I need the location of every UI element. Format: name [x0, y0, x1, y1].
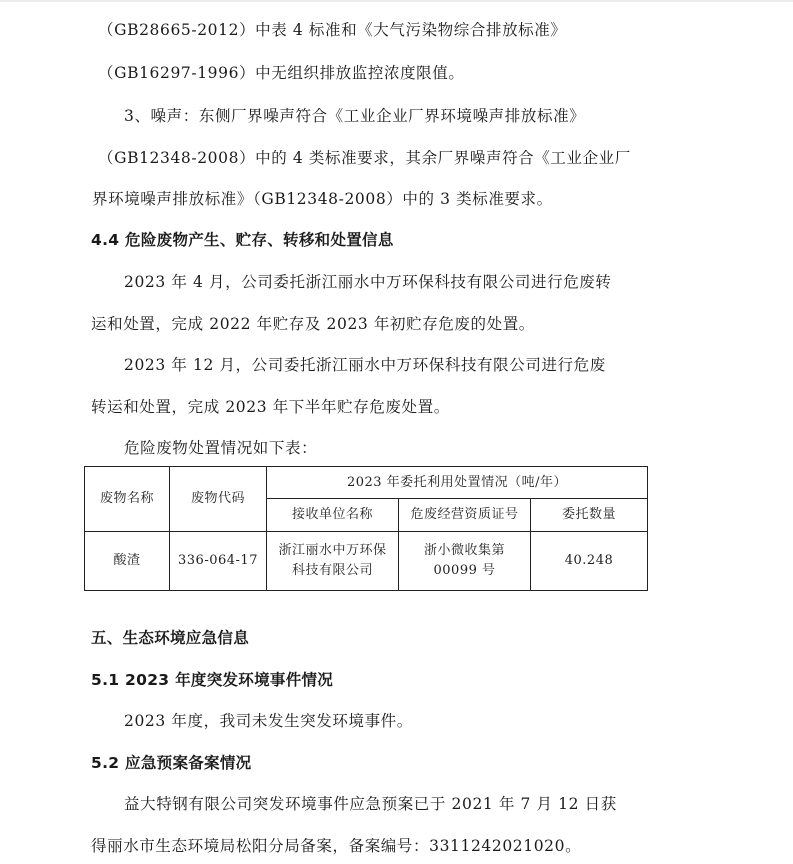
- paragraph-line: 得丽水市生态环境局松阳分局备案，备案编号：3311242021020。: [91, 836, 581, 856]
- cell-license: 浙小微收集第 00099 号: [399, 532, 531, 591]
- paragraph-line: 益大特钢有限公司突发环境事件应急预案已于 2021 年 7 月 12 日获: [124, 794, 617, 814]
- header-waste-name: 废物名称: [85, 467, 170, 532]
- cell-waste-name: 酸渣: [85, 532, 170, 591]
- table-intro: 危险废物处置情况如下表：: [124, 438, 317, 458]
- header-license: 危废经营资质证号: [399, 499, 531, 532]
- header-receiver: 接收单位名称: [267, 499, 399, 532]
- page-top-edge: [0, 0, 793, 2]
- paragraph-line: 2023 年 12 月，公司委托浙江丽水中万环保科技有限公司进行危废: [124, 355, 606, 375]
- cell-receiver: 浙江丽水中万环保 科技有限公司: [267, 532, 399, 591]
- cell-license-line2: 00099 号: [399, 561, 530, 581]
- section-heading-4-4: 4.4 危险废物产生、贮存、转移和处置信息: [91, 230, 394, 250]
- paragraph-line: （GB12348-2008）中的 4 类标准要求，其余厂界噪声符合《工业企业厂: [98, 148, 631, 168]
- paragraph-line: 运和处置，完成 2022 年贮存及 2023 年初贮存危废的处置。: [91, 314, 535, 334]
- header-waste-code: 废物代码: [170, 467, 267, 532]
- paragraph-line: （GB28665-2012）中表 4 标准和《大气污染物综合排放标准》: [98, 20, 566, 40]
- paragraph-line: 界环境噪声排放标准》（GB12348-2008）中的 3 类标准要求。: [92, 189, 553, 209]
- paragraph-line: 2023 年 4 月，公司委托浙江丽水中万环保科技有限公司进行危废转: [124, 272, 612, 292]
- paragraph-line: 3、噪声：东侧厂界噪声符合《工业企业厂界环境噪声排放标准》: [124, 106, 585, 126]
- cell-receiver-line1: 浙江丽水中万环保: [267, 541, 398, 561]
- hazardous-waste-table: 废物名称 废物代码 2023 年委托利用处置情况（吨/年） 接收单位名称 危废经…: [84, 466, 648, 591]
- cell-quantity: 40.248: [531, 532, 648, 591]
- section-heading-5: 五、生态环境应急信息: [91, 628, 249, 648]
- paragraph-line: 2023 年度，我司未发生突发环境事件。: [124, 711, 413, 731]
- table-row: 酸渣 336-064-17 浙江丽水中万环保 科技有限公司 浙小微收集第 000…: [85, 532, 648, 591]
- paragraph-line: 转运和处置，完成 2023 年下半年贮存危废处置。: [91, 397, 450, 417]
- paragraph-line: （GB16297-1996）中无组织排放监控浓度限值。: [98, 63, 464, 83]
- cell-waste-code: 336-064-17: [170, 532, 267, 591]
- cell-receiver-line2: 科技有限公司: [267, 561, 398, 581]
- header-group-disposal: 2023 年委托利用处置情况（吨/年）: [267, 467, 648, 499]
- section-heading-5-2: 5.2 应急预案备案情况: [91, 753, 251, 773]
- section-heading-5-1: 5.1 2023 年度突发环境事件情况: [91, 670, 333, 690]
- header-quantity: 委托数量: [531, 499, 648, 532]
- cell-license-line1: 浙小微收集第: [399, 541, 530, 561]
